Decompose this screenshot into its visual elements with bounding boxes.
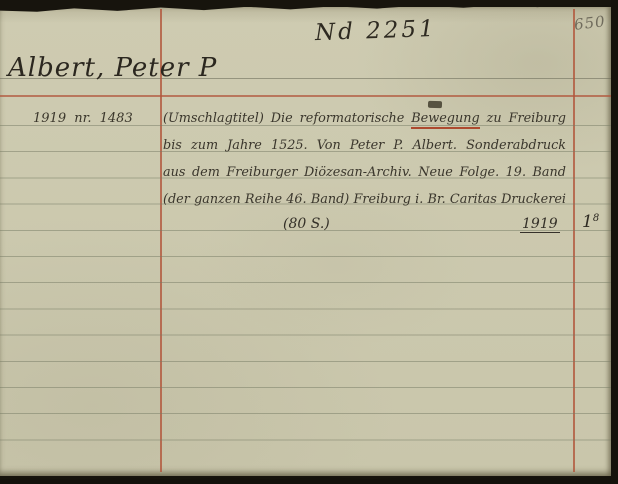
catalog-card: Nd 2251 650 Albert, Peter P 1919 nr. 148… [0, 7, 611, 476]
author-name: Albert, Peter P [8, 53, 217, 83]
body-line-1-pre: (Umschlagtitel) Die reformatorische [163, 111, 404, 126]
reference-number: 1919 nr. 1483 [33, 111, 133, 126]
publication-year: 1919 [520, 216, 560, 233]
page-count: (80 S.) [283, 216, 330, 232]
ink-smudge-mark [428, 101, 442, 108]
photo-background: Nd 2251 650 Albert, Peter P 1919 nr. 148… [0, 0, 618, 484]
body-line-1: (Umschlagtitel) Die reformatorische Bewe… [163, 106, 566, 132]
call-number: Nd 2251 [315, 16, 438, 46]
shelf-mark-number: 1 [582, 212, 593, 232]
body-line-1-underlined-word: Bewegung [411, 111, 479, 129]
body-line-2: bis zum Jahre 1525. Von Peter P. Albert.… [163, 133, 566, 159]
body-line-4: (der ganzen Reihe 46. Band) Freiburg i. … [163, 187, 566, 213]
corner-page-number: 650 [573, 12, 607, 34]
body-line-3: aus dem Freiburger Diözesan-Archiv. Neue… [163, 160, 566, 186]
shelf-mark-superscript: 8 [593, 213, 599, 224]
shelf-mark: 18 [582, 212, 599, 232]
header-red-rule [0, 95, 611, 97]
body-line-1-post: zu Freiburg [487, 111, 566, 126]
photo-edge-right [611, 0, 618, 484]
